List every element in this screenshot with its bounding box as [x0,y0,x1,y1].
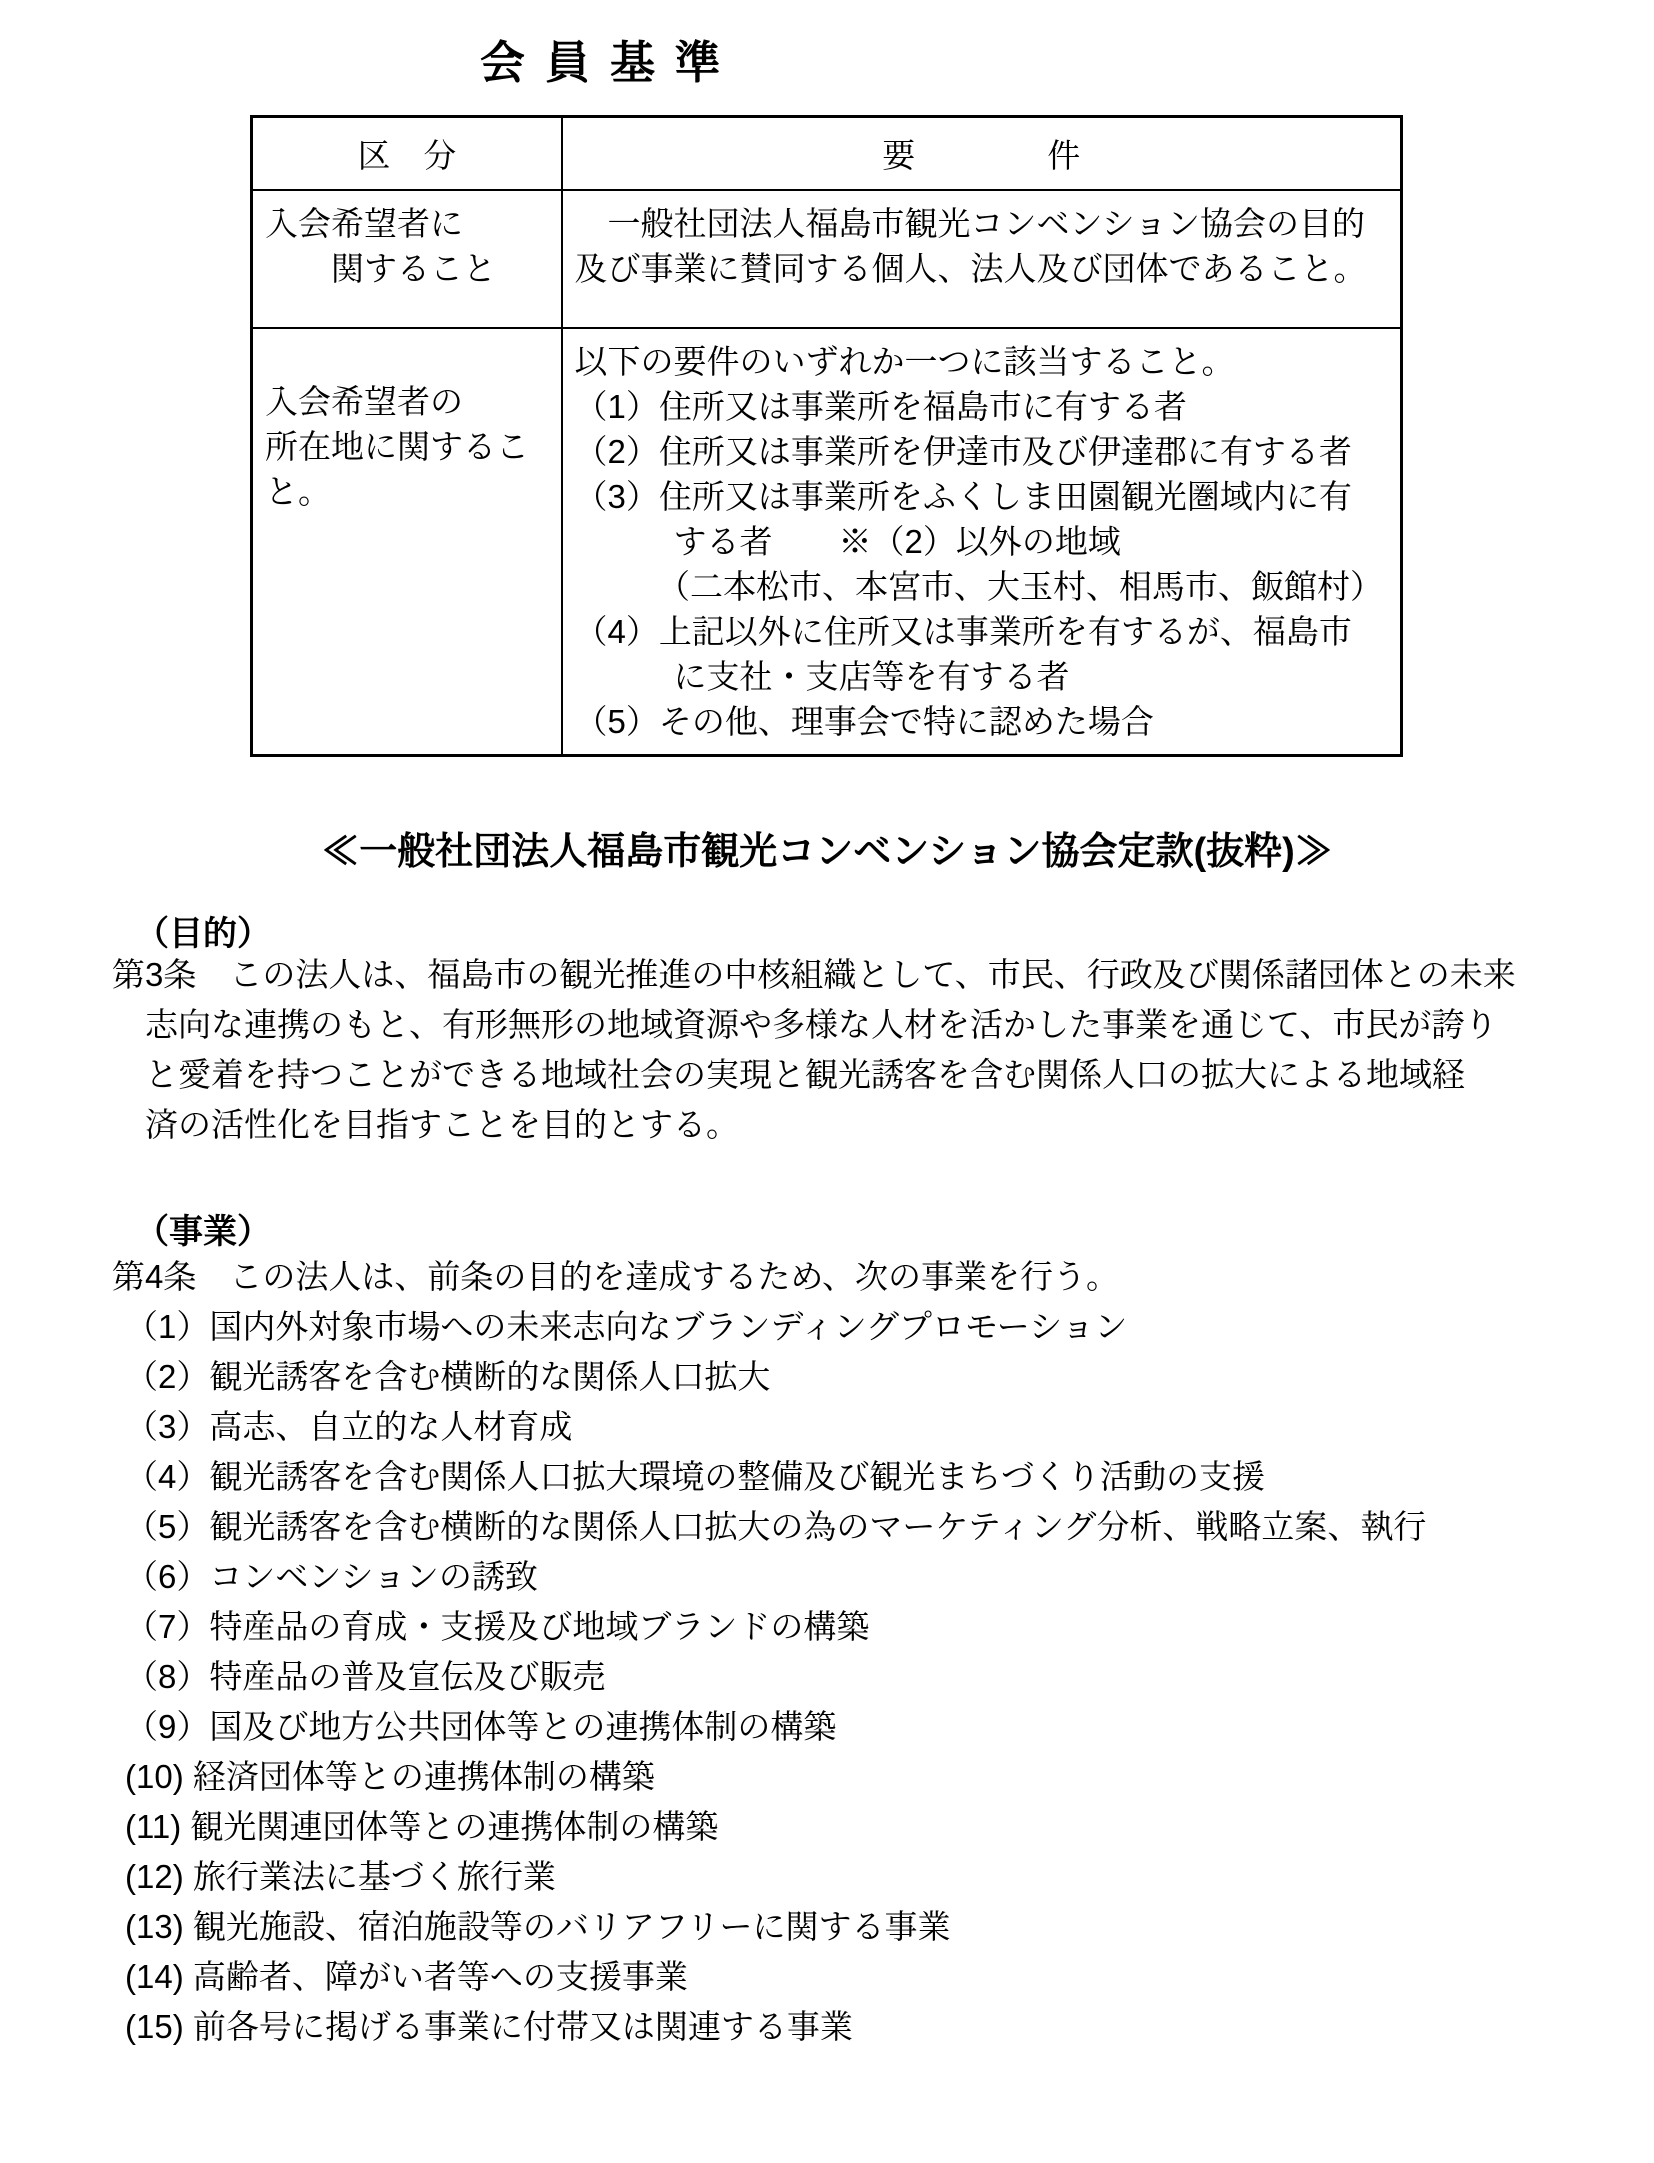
table-row-applicant: 入会希望者に 関すること 一般社団法人福島市観光コンベンション協会の目的 及び事… [252,190,1402,328]
business-item: （9）国及び地方公共団体等との連携体制の構築 [125,1702,1426,1752]
business-item: (11) 観光関連団体等との連携体制の構築 [125,1802,1426,1852]
purpose-article-3-text: 第3条 この法人は、福島市の観光推進の中核組織として、市民、行政及び関係諸団体と… [112,950,1516,1150]
business-item: (13) 観光施設、宿泊施設等のバリアフリーに関する事業 [125,1902,1426,1952]
row2-category-cell: 入会希望者の 所在地に関するこ と。 [252,328,562,756]
business-section-label: （事業） [135,1204,271,1253]
column-header-requirement: 要 件 [562,117,1402,191]
business-item: (15) 前各号に掲げる事業に付帯又は関連する事業 [125,2002,1426,2052]
row2-requirement-cell: 以下の要件のいずれか一つに該当すること。 （1）住所又は事業所を福島市に有する者… [562,328,1402,756]
business-item: （1）国内外対象市場への未来志向なブランディングプロモーション [125,1302,1426,1352]
business-article-4-intro: 第4条 この法人は、前条の目的を達成するため、次の事業を行う。 [112,1252,1119,1302]
business-items-list: （1）国内外対象市場への未来志向なブランディングプロモーション （2）観光誘客を… [125,1302,1426,2052]
business-item: (14) 高齢者、障がい者等への支援事業 [125,1952,1426,2002]
row1-requirement-cell: 一般社団法人福島市観光コンベンション協会の目的 及び事業に賛同する個人、法人及び… [562,190,1402,328]
business-item: （4）観光誘客を含む関係人口拡大環境の整備及び観光まちづくり活動の支援 [125,1452,1426,1502]
row1-category-cell: 入会希望者に 関すること [252,190,562,328]
business-item: （8）特産品の普及宣伝及び販売 [125,1652,1426,1702]
purpose-section-label: （目的） [135,906,271,955]
document-title: 会員基準 [480,26,740,91]
column-header-category: 区 分 [252,117,562,191]
table-header-row: 区 分 要 件 [252,117,1402,191]
business-item: (12) 旅行業法に基づく旅行業 [125,1852,1426,1902]
membership-criteria-table: 区 分 要 件 入会希望者に 関すること 一般社団法人福島市観光コンベンション協… [250,115,1403,757]
business-item: （5）観光誘客を含む横断的な関係人口拡大の為のマーケティング分析、戦略立案、執行 [125,1502,1426,1552]
business-item: (10) 経済団体等との連携体制の構築 [125,1752,1426,1802]
table-row-location: 入会希望者の 所在地に関するこ と。 以下の要件のいずれか一つに該当すること。 … [252,328,1402,756]
business-item: （3）高志、自立的な人材育成 [125,1402,1426,1452]
business-item: （6）コンベンションの誘致 [125,1552,1426,1602]
business-item: （7）特産品の育成・支援及び地域ブランドの構築 [125,1602,1426,1652]
business-item: （2）観光誘客を含む横断的な関係人口拡大 [125,1352,1426,1402]
articles-of-incorporation-heading: ≪一般社団法人福島市観光コンベンション協会定款(抜粋)≫ [0,820,1654,875]
